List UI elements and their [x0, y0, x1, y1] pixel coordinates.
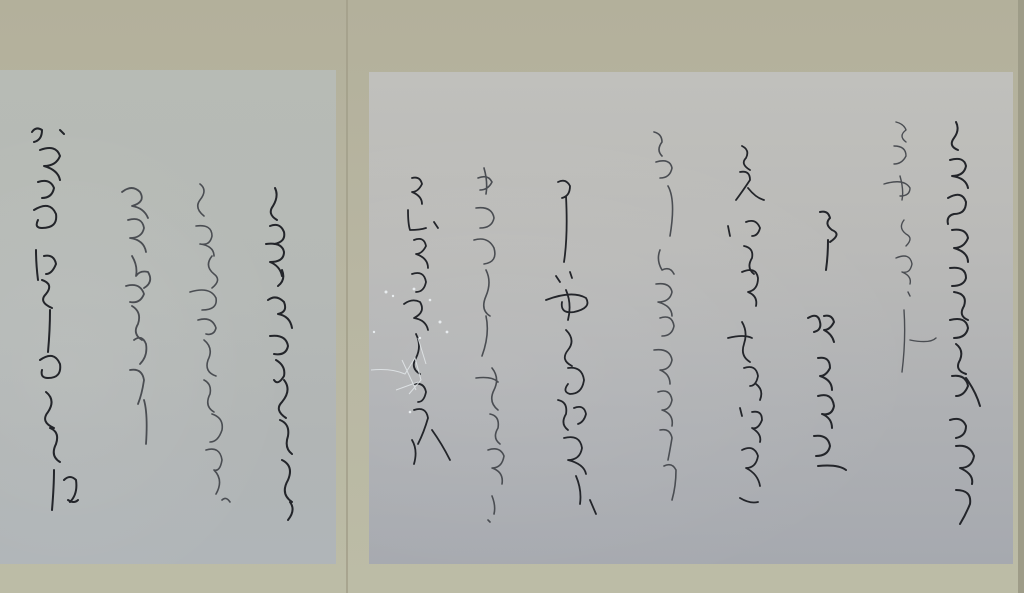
left-calligraphy-sheet — [0, 70, 336, 564]
mount-fold-line — [346, 0, 348, 593]
right-calligraphy-sheet — [369, 72, 1013, 564]
mount-right-edge — [1018, 0, 1024, 593]
image-alt-text: Two sheets of flowing Japanese kana call… — [0, 0, 1, 1]
photo-stage: Two sheets of flowing Japanese kana call… — [0, 0, 1024, 593]
